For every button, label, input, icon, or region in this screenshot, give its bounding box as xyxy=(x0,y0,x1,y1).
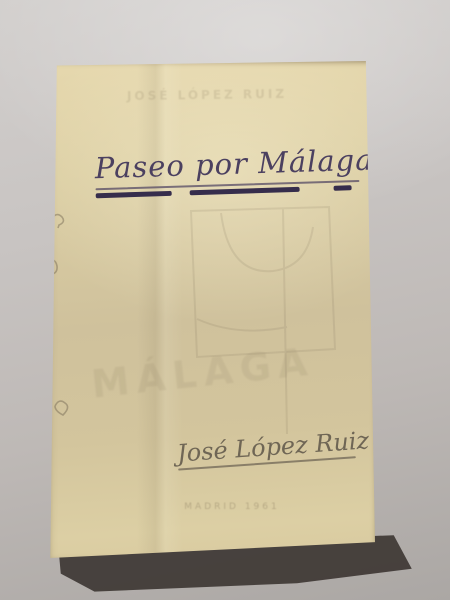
book-title-handwritten: Paseo por Málaga xyxy=(94,143,367,186)
title-block: Paseo por Málaga xyxy=(94,143,367,199)
underline-segment xyxy=(334,185,352,191)
showthrough-illustration xyxy=(177,199,357,439)
showthrough-author-text: JOSÉ LÓPEZ RUIZ xyxy=(107,87,307,104)
imprint-text: MADRID 1961 xyxy=(146,502,318,512)
book-cover: JOSÉ LÓPEZ RUIZ Paseo por Málaga MÁLAGA … xyxy=(49,61,375,558)
underline-segment xyxy=(190,187,300,195)
photo-scene: JOSÉ LÓPEZ RUIZ Paseo por Málaga MÁLAGA … xyxy=(0,0,450,600)
pencil-doodles xyxy=(47,144,127,434)
